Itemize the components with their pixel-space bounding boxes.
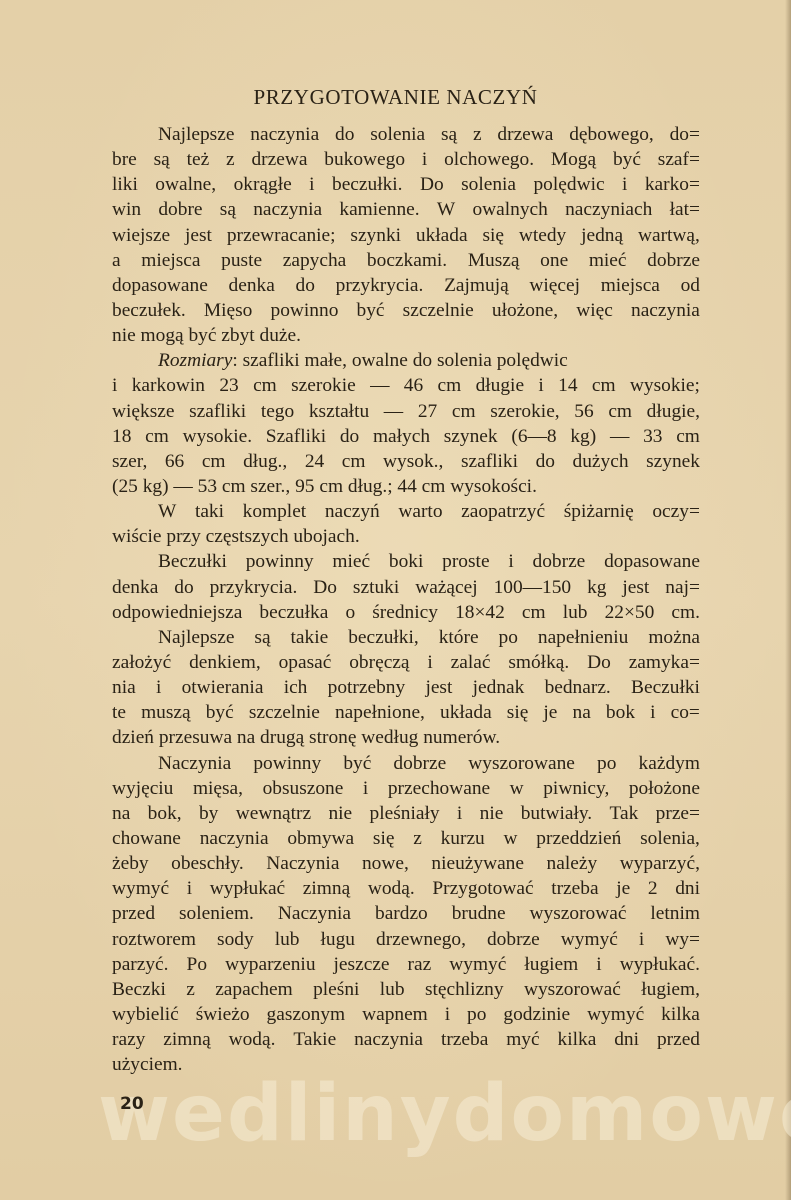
word: 18 — [112, 424, 131, 449]
word: wartwą, — [638, 223, 700, 248]
word: kilka — [558, 1027, 597, 1052]
word: beczułki. — [332, 172, 403, 197]
word: naczyniach — [565, 197, 652, 222]
word: Mogą — [551, 147, 596, 172]
word: szafliki — [189, 399, 246, 424]
word: łat= — [670, 197, 700, 222]
word: ważącej — [415, 575, 477, 600]
word: Naczynia — [158, 751, 231, 776]
word: potrzebny — [328, 675, 406, 700]
word: naj= — [665, 575, 700, 600]
word: polędwic — [533, 172, 604, 197]
word: świeżo — [196, 1002, 250, 1027]
word: 18×42 — [455, 600, 505, 625]
word: układa — [416, 223, 468, 248]
word: dobrze — [647, 248, 700, 273]
word: Naczynia — [266, 851, 339, 876]
word: więc — [576, 298, 613, 323]
word: Beczułki — [631, 675, 700, 700]
word: powinno — [271, 298, 339, 323]
word: do — [340, 424, 359, 449]
word: denka — [112, 575, 158, 600]
word: wymyć — [561, 927, 618, 952]
word: każdym — [639, 751, 700, 776]
text-line: Rozmiary: szafliki małe, owalne do solen… — [112, 348, 700, 373]
word: co= — [671, 700, 700, 725]
text-line: temusząbyćszczelnienapełnione,układasięj… — [112, 700, 700, 725]
text-line: likiowalne,okrągłeibeczułki.Dosoleniapol… — [112, 172, 700, 197]
word: szczelnie — [249, 700, 320, 725]
word: lub — [380, 977, 405, 1002]
word: roztworem — [112, 927, 196, 952]
word: ułożone, — [492, 298, 558, 323]
text-line: Najlepszesątakiebeczułki,któreponapełnie… — [112, 625, 700, 650]
text-line: niaiotwieraniaichpotrzebnyjestjednakbedn… — [112, 675, 700, 700]
word: denkiem, — [189, 650, 261, 675]
word: trzeba — [551, 876, 598, 901]
text-line: dopasowanedenkadoprzykrycia.Zajmująwięce… — [112, 273, 700, 298]
word: śpiżarnię — [564, 499, 634, 524]
word: są — [254, 625, 270, 650]
word: na — [112, 801, 130, 826]
word: kg — [587, 575, 606, 600]
word: 22×50 — [605, 600, 655, 625]
word: Szafliki — [266, 424, 326, 449]
word: one — [540, 248, 568, 273]
word: bre — [112, 147, 137, 172]
word: cm — [342, 449, 366, 474]
word: Zajmują — [444, 273, 509, 298]
word: układa — [440, 700, 492, 725]
text-line: bresąteżzdrzewabukowegoiolchowego.Mogąby… — [112, 147, 700, 172]
word: zimną — [163, 1027, 210, 1052]
word: wysokie. — [183, 424, 252, 449]
word: Do — [587, 650, 611, 675]
word: i — [538, 373, 543, 398]
word: Przygotować — [432, 876, 533, 901]
word: cm — [592, 373, 616, 398]
word: lub — [275, 927, 300, 952]
text-line: przedsoleniem.Naczyniabardzobrudnewyszor… — [112, 901, 700, 926]
word: wypłukać — [210, 876, 285, 901]
word: i — [622, 172, 627, 197]
word: w — [510, 776, 524, 801]
page-title: PRZYGOTOWANIE NACZYŃ — [0, 85, 791, 110]
word: i — [422, 147, 427, 172]
word: po — [499, 625, 518, 650]
word: szer, — [112, 449, 147, 474]
word: kurzu — [441, 826, 485, 851]
word: średnicy — [372, 600, 438, 625]
word: takie — [291, 625, 329, 650]
word: więcej — [529, 273, 580, 298]
text-line: wymyćiwypłukaćzimnąwodą.Przygotowaćtrzeb… — [112, 876, 700, 901]
word: bednarz. — [545, 675, 611, 700]
word: bardzo — [375, 901, 428, 926]
word: jeszcze — [334, 952, 390, 977]
word: i — [187, 876, 192, 901]
word: cm — [253, 373, 277, 398]
word: naczynia — [354, 1027, 423, 1052]
word: jest — [185, 223, 212, 248]
word: przykrycia. — [336, 273, 424, 298]
word: wybielić — [112, 1002, 179, 1027]
word: dobrze — [533, 549, 586, 574]
word: się — [507, 700, 529, 725]
word: jest — [425, 675, 452, 700]
word: beczułka — [259, 600, 328, 625]
word: sztuki — [353, 575, 399, 600]
word: te — [112, 700, 126, 725]
word: obręczą — [349, 650, 409, 675]
word: i — [445, 1002, 450, 1027]
word: prze= — [656, 801, 700, 826]
word: i — [639, 927, 644, 952]
word: szynek — [444, 424, 498, 449]
word: 2 — [648, 876, 658, 901]
word: małych — [373, 424, 430, 449]
text-line: wiejszejestprzewracanie;szynkiukładasięw… — [112, 223, 700, 248]
word: bukowego — [324, 147, 405, 172]
word: W — [158, 499, 176, 524]
word: butwiały. — [521, 801, 592, 826]
word: piwnicy, — [543, 776, 609, 801]
word: beczułki, — [348, 625, 419, 650]
word: dni — [675, 876, 700, 901]
word: Do — [313, 575, 337, 600]
word: większe — [112, 399, 174, 424]
word: — — [384, 399, 403, 424]
page-edge-shadow — [785, 0, 791, 1200]
word: jest — [622, 575, 649, 600]
word: cm — [438, 373, 462, 398]
word: szaf= — [658, 147, 700, 172]
word: drzewa — [251, 147, 307, 172]
word: cm — [202, 449, 226, 474]
word: w — [504, 826, 518, 851]
word: wy= — [665, 927, 700, 952]
text-line: Naczyniapowinnybyćdobrzewyszorowanepokaż… — [112, 751, 700, 776]
word: Po — [187, 952, 207, 977]
word: cm — [608, 399, 632, 424]
word: dopasowane — [604, 549, 700, 574]
word: kilka — [661, 1002, 700, 1027]
text-line: wybielićświeżogaszonymwapnemipogodziniew… — [112, 1002, 700, 1027]
word: przed — [657, 1027, 700, 1052]
word: mieć — [589, 248, 627, 273]
word: solenia — [461, 172, 516, 197]
word: przeddzień — [536, 826, 621, 851]
text-line: windobresąnaczyniakamienne.Wowalnychnacz… — [112, 197, 700, 222]
text-line: chowanenaczyniaobmywasięzkurzuwprzeddzie… — [112, 826, 700, 851]
word: żeby — [112, 851, 149, 876]
text-line: denkadoprzykrycia.Dosztukiważącej100—150… — [112, 575, 700, 600]
word: wymyć — [449, 952, 506, 977]
word: owalne, — [155, 172, 216, 197]
word: o — [345, 600, 355, 625]
word: Takie — [293, 1027, 336, 1052]
word: i — [112, 373, 117, 398]
word: można — [648, 625, 700, 650]
word: liki — [112, 172, 138, 197]
word: Beczki — [112, 977, 166, 1002]
text-line: nabok,bywewnątrzniepleśniałyiniebutwiały… — [112, 801, 700, 826]
word: szerokie — [291, 373, 356, 398]
word: szafliki — [461, 449, 518, 474]
word: cm — [452, 399, 476, 424]
word: 14 — [558, 373, 577, 398]
word: które — [439, 625, 479, 650]
word: karkowin — [132, 373, 205, 398]
word: proste — [442, 549, 489, 574]
word: szerokie, — [490, 399, 559, 424]
word: Muszą — [468, 248, 520, 273]
word: Najlepsze — [158, 625, 234, 650]
word: bok — [606, 700, 635, 725]
text-line: użyciem. — [112, 1052, 700, 1077]
word: owalnych — [472, 197, 547, 222]
word: wyparzeniu — [225, 952, 315, 977]
word: założyć — [112, 650, 171, 675]
word: naczynia — [253, 197, 322, 222]
word: szczelnie — [403, 298, 474, 323]
word: też — [187, 147, 210, 172]
word: (6—8 — [511, 424, 556, 449]
word: wewnątrz — [236, 801, 311, 826]
word: razy — [112, 1027, 145, 1052]
word: po — [467, 1002, 486, 1027]
word: powinny — [253, 751, 321, 776]
word: 66 — [165, 449, 184, 474]
word: brudne — [452, 901, 506, 926]
word: przewracanie; — [227, 223, 336, 248]
word: się — [482, 223, 504, 248]
word: napełnione, — [335, 700, 425, 725]
word: trzeba — [441, 1027, 488, 1052]
word: z — [413, 826, 422, 851]
word: cm — [676, 424, 700, 449]
word: W — [437, 197, 455, 222]
word: wyparzyć, — [620, 851, 700, 876]
text-line: (25 kg) — 53 cm szer., 95 cm dług.; 44 c… — [112, 474, 700, 499]
word: ługu — [321, 927, 355, 952]
text-line: amiejscapustezapychaboczkami.Musząonemie… — [112, 248, 700, 273]
word: otwierania — [182, 675, 264, 700]
word: myć — [506, 1027, 539, 1052]
text-line: dzień przesuwa na drugą stronę według nu… — [112, 725, 700, 750]
word: gaszonym — [267, 1002, 346, 1027]
word: nie — [328, 801, 352, 826]
word: win — [112, 197, 141, 222]
word: — — [370, 373, 389, 398]
word: pleśni — [313, 977, 359, 1002]
word: dobrze — [393, 751, 446, 776]
word: i — [596, 952, 601, 977]
word: przechowane — [388, 776, 490, 801]
word: szynek — [646, 449, 700, 474]
word: — — [610, 424, 629, 449]
text-line: parzyć.Powyparzeniujeszczerazwymyćługiem… — [112, 952, 700, 977]
word: i — [309, 172, 314, 197]
word: obsuszone — [263, 776, 344, 801]
word: bok, — [148, 801, 182, 826]
word: cm. — [671, 600, 700, 625]
word: oczy= — [652, 499, 700, 524]
word: 33 — [643, 424, 662, 449]
word: odpowiedniejsza — [112, 600, 242, 625]
word: zamyka= — [629, 650, 700, 675]
word: zapycha — [283, 248, 347, 273]
word: pleśniały — [370, 801, 440, 826]
word: taki — [195, 499, 224, 524]
word: wymyć — [587, 1002, 644, 1027]
word: z — [186, 977, 195, 1002]
word: na — [573, 700, 591, 725]
text-line: ikarkowin23cmszerokie—46cmdługiei14cmwys… — [112, 373, 700, 398]
word: długie, — [647, 399, 700, 424]
word: ich — [284, 675, 308, 700]
word: Beczułki — [158, 549, 227, 574]
word: wyszorować — [524, 977, 621, 1002]
word: opasać — [279, 650, 332, 675]
word: naczynia — [200, 826, 269, 851]
word: Mięso — [204, 298, 252, 323]
word: sody — [217, 927, 254, 952]
word: obeschły. — [171, 851, 244, 876]
word: solenia, — [640, 826, 700, 851]
word: wymyć — [112, 876, 169, 901]
word: boki — [389, 549, 423, 574]
word: są — [154, 147, 170, 172]
word: dobre — [158, 197, 202, 222]
word: warto — [398, 499, 442, 524]
word: cm — [522, 600, 546, 625]
word: powinny — [246, 549, 314, 574]
word: przed — [112, 901, 155, 926]
word: do — [536, 449, 555, 474]
word: soleniem. — [179, 901, 254, 926]
text-line: Najlepszenaczyniadosoleniasązdrzewadębow… — [112, 122, 700, 147]
word: po — [597, 751, 616, 776]
word: długie — [476, 373, 524, 398]
text-line: szer,66cmdług.,24cmwysok.,szaflikidoduży… — [112, 449, 700, 474]
word: kamienne. — [339, 197, 419, 222]
word: naczynia — [250, 122, 319, 147]
word: nowe, — [362, 851, 409, 876]
word: i — [156, 675, 161, 700]
word: dobrze — [487, 927, 540, 952]
word: do — [335, 122, 354, 147]
text-line: wyjęciumięsa,obsuszoneiprzechowanewpiwni… — [112, 776, 700, 801]
word: jednak — [473, 675, 525, 700]
word: wodą. — [368, 876, 415, 901]
word: drzewnego, — [376, 927, 466, 952]
italic-lead: Rozmiary — [158, 348, 232, 373]
word: 24 — [305, 449, 324, 474]
word: Najlepsze — [158, 122, 234, 147]
word: zimną — [303, 876, 350, 901]
word: zapachem — [215, 977, 293, 1002]
word: być — [206, 700, 234, 725]
word: od — [681, 273, 700, 298]
word: dużych — [573, 449, 629, 474]
word: się — [373, 826, 395, 851]
word: dopasowane — [112, 273, 208, 298]
text-line: większeszaflikitegokształtu—27cmszerokie… — [112, 399, 700, 424]
word: dębowego, — [569, 122, 654, 147]
word: je — [543, 700, 557, 725]
word: być — [357, 298, 385, 323]
word: położone — [629, 776, 700, 801]
word: obmywa — [287, 826, 354, 851]
word: napełnieniu — [538, 625, 628, 650]
word: by — [199, 801, 218, 826]
word: zalać — [451, 650, 491, 675]
word: parzyć. — [112, 952, 169, 977]
text-line: nie mogą być zbyt duże. — [112, 323, 700, 348]
word: zaopatrzyć — [461, 499, 545, 524]
word: być — [343, 751, 371, 776]
word: wapnem — [362, 1002, 428, 1027]
word: należy — [547, 851, 598, 876]
text-line: żebyobeschły.Naczynianowe,nieużywanenale… — [112, 851, 700, 876]
word: godzinie — [503, 1002, 570, 1027]
word: nie — [480, 801, 504, 826]
word: z — [473, 122, 482, 147]
body-text: Najlepszenaczyniadosoleniasązdrzewadębow… — [112, 122, 700, 1077]
word: wodą. — [229, 1027, 276, 1052]
text-line: roztworemsodylubługudrzewnego,dobrzewymy… — [112, 927, 700, 952]
word: tego — [261, 399, 294, 424]
word: kg) — [570, 424, 596, 449]
word: okrągłe — [234, 172, 292, 197]
word: wiejsze — [112, 223, 170, 248]
word: olchowego. — [444, 147, 534, 172]
word: muszą — [141, 700, 191, 725]
word: solenia — [370, 122, 425, 147]
word: drzewa — [497, 122, 553, 147]
word: i — [508, 549, 513, 574]
page-number: 20 — [120, 1094, 144, 1114]
text-line: założyćdenkiem,opasaćobręcząizalaćsmółką… — [112, 650, 700, 675]
word: przykrycia. — [210, 575, 298, 600]
word: naczyń — [325, 499, 380, 524]
word: beczułek. — [112, 298, 186, 323]
word: są — [220, 197, 236, 222]
word: są — [441, 122, 457, 147]
word: Naczynia — [278, 901, 351, 926]
word: denka — [229, 273, 275, 298]
word: i — [363, 776, 368, 801]
text-line: odpowiedniejszabeczułkaośrednicy18×42cml… — [112, 600, 700, 625]
word: i — [427, 650, 432, 675]
word: puste — [221, 248, 262, 273]
word: letnim — [650, 901, 700, 926]
word: jedną — [581, 223, 623, 248]
word: kształtu — [309, 399, 369, 424]
word: i — [457, 801, 462, 826]
word: cm — [145, 424, 169, 449]
word: komplet — [243, 499, 307, 524]
word: ługiem — [524, 952, 578, 977]
word: smółką. — [508, 650, 569, 675]
word: boczkami. — [367, 248, 447, 273]
word: nia — [112, 675, 136, 700]
word: raz — [408, 952, 432, 977]
word: wysok., — [383, 449, 443, 474]
word: szynki — [350, 223, 401, 248]
word: chowane — [112, 826, 181, 851]
